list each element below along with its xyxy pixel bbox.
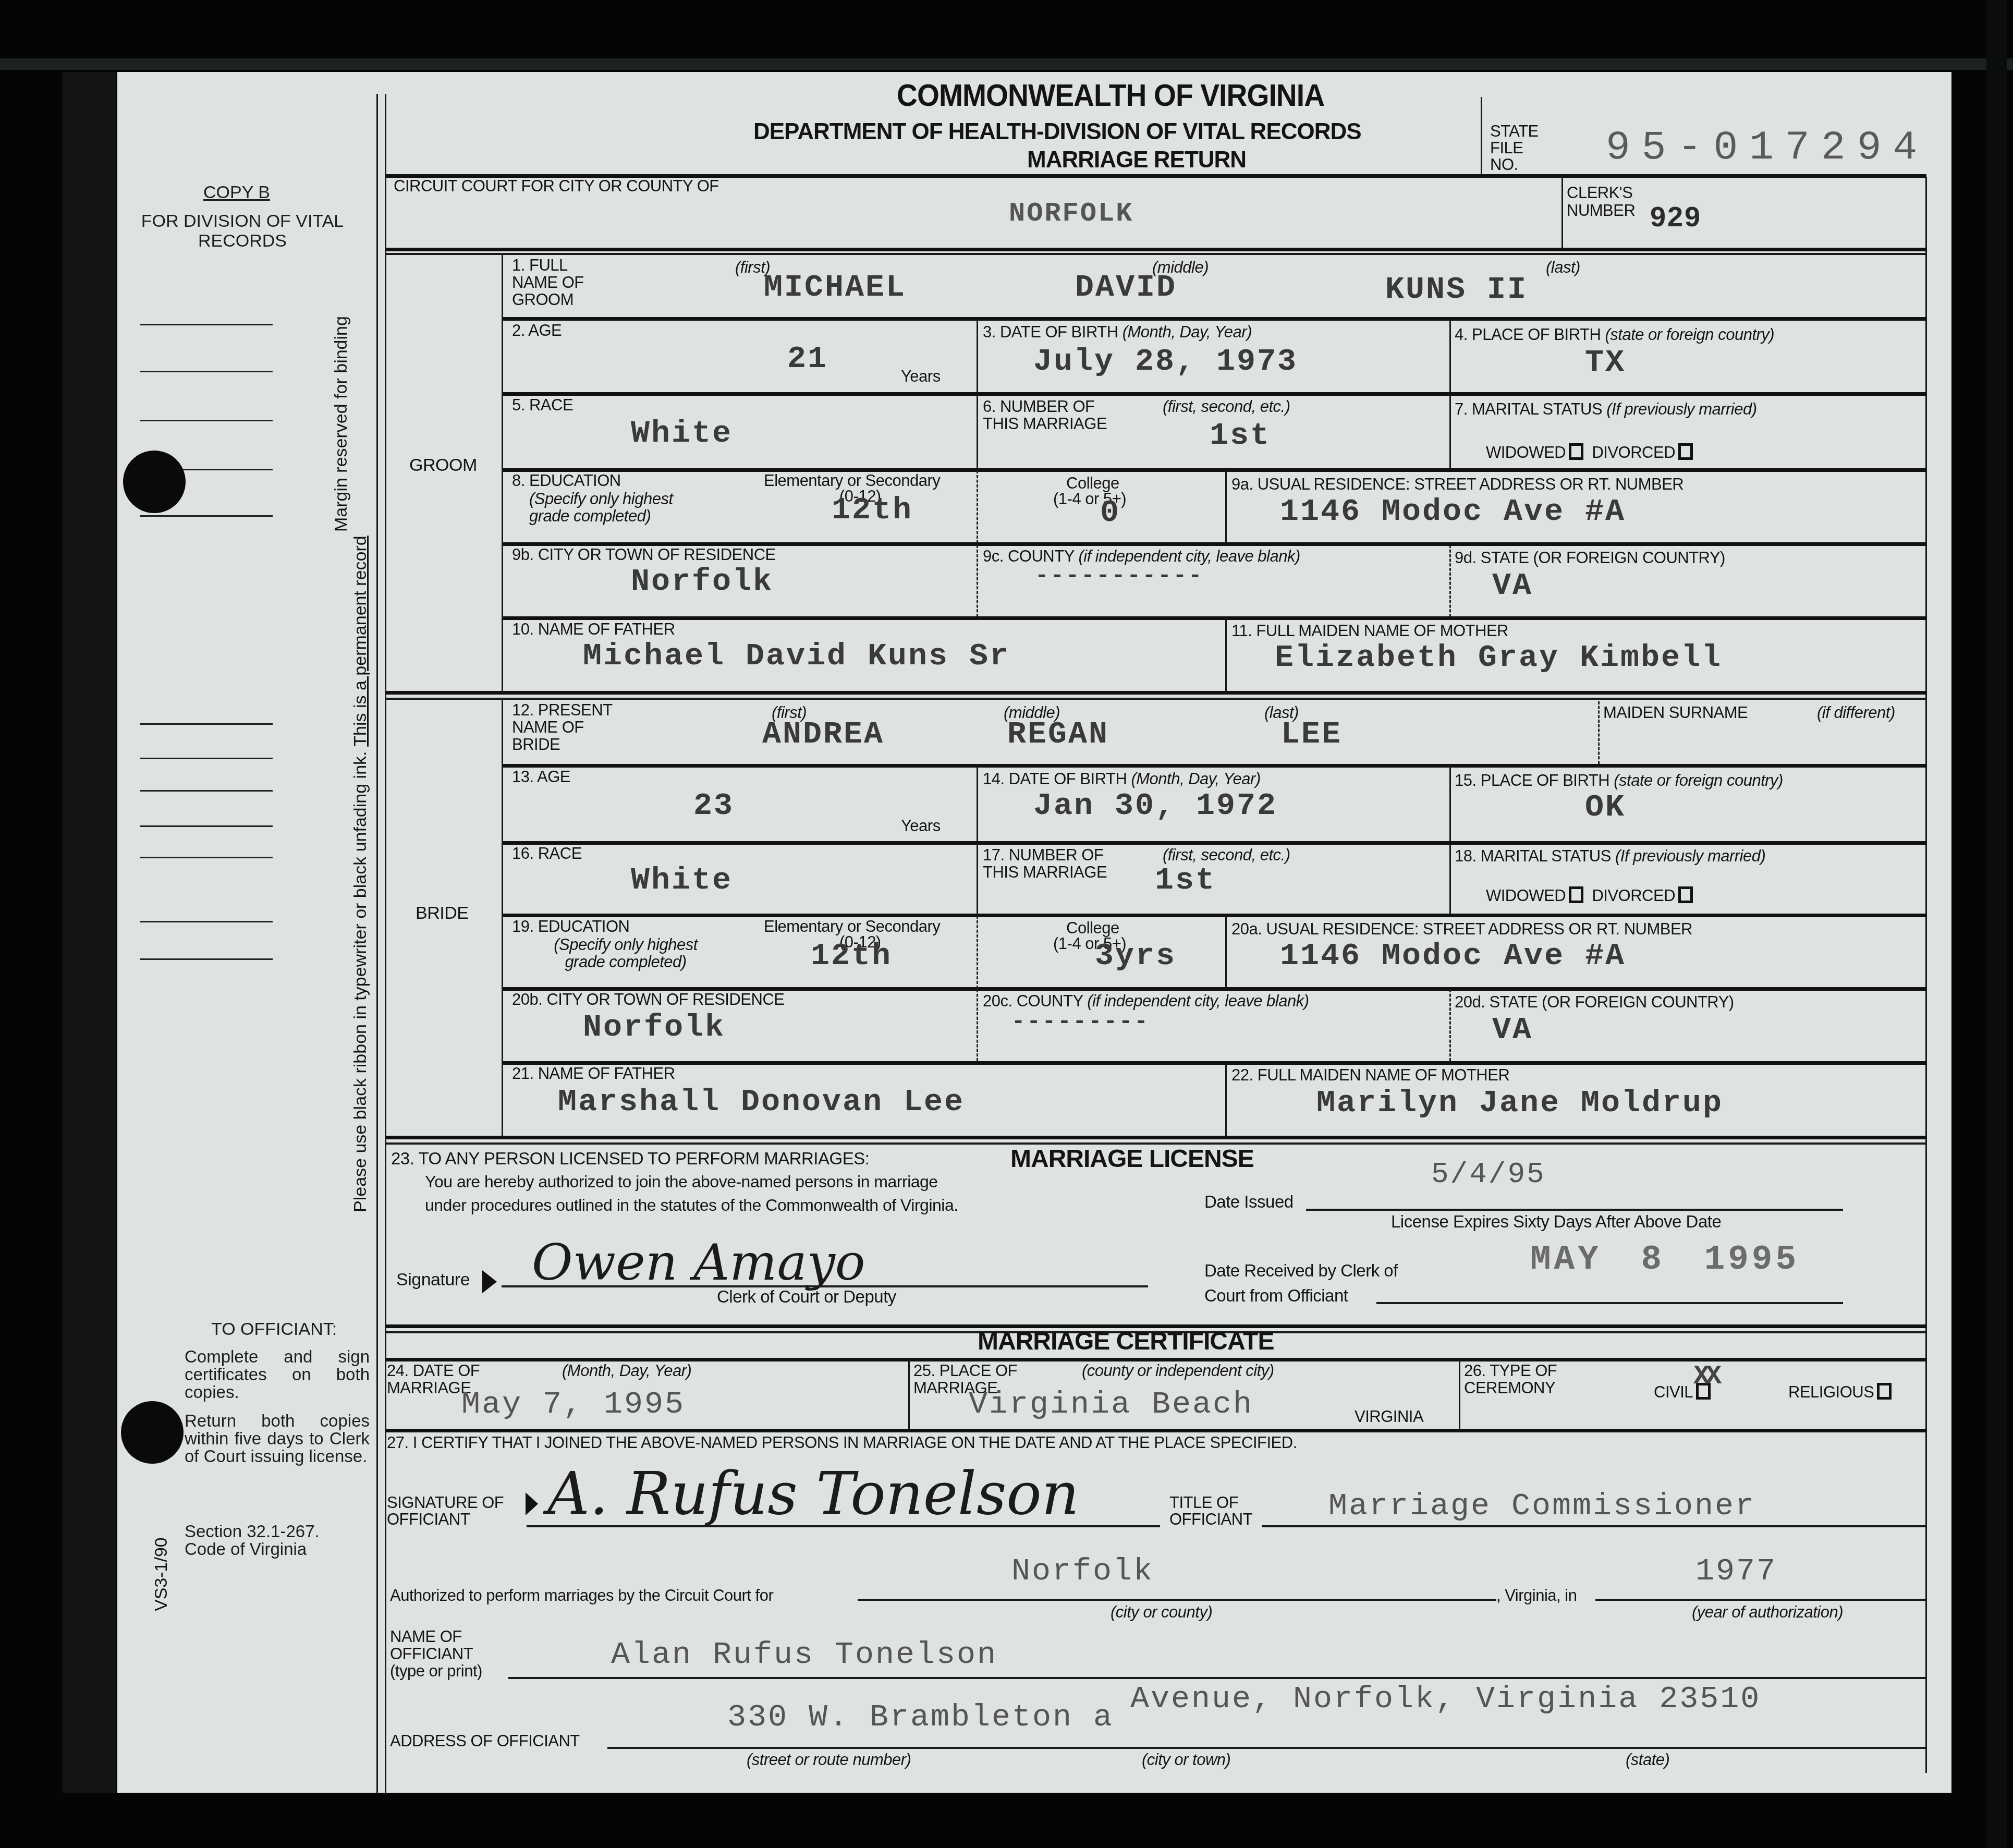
divorced-label: DIVORCED bbox=[1592, 443, 1675, 461]
instruction-return: Return both copies within five days to C… bbox=[185, 1412, 370, 1465]
margin-rule bbox=[140, 723, 273, 725]
officiant-address-line-1[interactable]: 330 W. Brambleton a bbox=[727, 1700, 1114, 1735]
rule bbox=[386, 248, 1926, 251]
field-6-hint: (first, second, etc.) bbox=[1163, 398, 1290, 415]
rule bbox=[503, 841, 1926, 845]
year-hint: (year of authorization) bbox=[1692, 1603, 1843, 1621]
received-label-line-2: Court from Officiant bbox=[1204, 1287, 1348, 1304]
field-20c-label: 20c. COUNTY bbox=[983, 992, 1083, 1010]
years-label: Years bbox=[901, 368, 941, 385]
virginia-label: VIRGINIA bbox=[1355, 1408, 1423, 1425]
hint-last: (last) bbox=[1546, 259, 1580, 276]
officiant-address-line-2[interactable]: Avenue, Norfolk, Virginia 23510 bbox=[1130, 1682, 1761, 1717]
bride-last-name[interactable]: LEE bbox=[1281, 717, 1342, 752]
bride-widowed-checkbox[interactable] bbox=[1569, 886, 1583, 903]
rule bbox=[503, 317, 1926, 321]
year-line bbox=[1595, 1599, 1926, 1601]
field-20c-hint: (if independent city, leave blank) bbox=[1087, 992, 1309, 1010]
authorized-court[interactable]: Norfolk bbox=[1011, 1554, 1154, 1589]
groom-college[interactable]: 0 bbox=[1100, 495, 1120, 531]
groom-widowed-checkbox[interactable] bbox=[1569, 443, 1583, 460]
field-19-label: 19. EDUCATION bbox=[512, 918, 629, 935]
divider bbox=[1225, 470, 1227, 543]
groom-dob[interactable]: July 28, 1973 bbox=[1033, 344, 1298, 380]
bride-elementary[interactable]: 12th bbox=[811, 939, 892, 974]
divider bbox=[1225, 1063, 1227, 1136]
punch-hole bbox=[121, 1401, 184, 1464]
received-line bbox=[1376, 1302, 1843, 1304]
field-8-label: 8. EDUCATION bbox=[512, 472, 621, 489]
margin-rule bbox=[140, 515, 273, 517]
address-line bbox=[607, 1747, 1926, 1749]
to-officiant-heading: TO OFFICIANT: bbox=[211, 1319, 337, 1339]
field-20b-label: 20b. CITY OR TOWN OF RESIDENCE bbox=[512, 991, 784, 1008]
divorced-label: DIVORCED bbox=[1592, 886, 1675, 905]
marriage-date[interactable]: May 7, 1995 bbox=[461, 1387, 685, 1423]
license-title: MARRIAGE LICENSE bbox=[1010, 1145, 1254, 1173]
state-hint: (state) bbox=[1626, 1751, 1669, 1768]
field-20d-label: 20d. STATE (OR FOREIGN COUNTRY) bbox=[1455, 993, 1734, 1011]
rule bbox=[386, 691, 1926, 695]
title-label-line-2: OFFICIANT bbox=[1169, 1511, 1252, 1528]
field-3-hint: (Month, Day, Year) bbox=[1123, 323, 1252, 341]
field-9a-label: 9a. USUAL RESIDENCE: STREET ADDRESS OR R… bbox=[1231, 476, 1683, 493]
field-4-hint: (state or foreign country) bbox=[1605, 325, 1774, 344]
field-10-label: 10. NAME OF FATHER bbox=[512, 621, 675, 638]
bride-section-label: BRIDE bbox=[416, 905, 468, 922]
margin-rule bbox=[140, 371, 273, 372]
city-hint: (city or town) bbox=[1142, 1751, 1230, 1768]
circuit-court-value: NORFOLK bbox=[1009, 198, 1133, 229]
field-4-label: 4. PLACE OF BIRTH bbox=[1455, 325, 1601, 344]
bride-age[interactable]: 23 bbox=[693, 788, 734, 824]
field-7-label: 7. MARITAL STATUS bbox=[1455, 400, 1602, 418]
rule bbox=[503, 392, 1926, 396]
frame-left-outer bbox=[376, 94, 378, 1794]
field-13-label: 13. AGE bbox=[512, 768, 570, 785]
margin-rule bbox=[140, 857, 273, 858]
signature-label-line-2: OFFICIANT bbox=[387, 1511, 470, 1528]
virginia-in-label: , Virginia, in bbox=[1496, 1587, 1577, 1604]
copy-label: COPY B bbox=[203, 183, 270, 202]
permanent-record-note: This is a permanent record bbox=[350, 536, 370, 746]
field-17-label: 17. NUMBER OF THIS MARRIAGE bbox=[983, 846, 1108, 881]
department-heading: DEPARTMENT OF HEALTH-DIVISION OF VITAL R… bbox=[753, 119, 1361, 145]
license-text-line-2: under procedures outlined in the statute… bbox=[425, 1197, 958, 1214]
clerks-number-label: CLERK'S NUMBER bbox=[1567, 184, 1650, 220]
field-18-hint: (If previously married) bbox=[1615, 847, 1765, 865]
field-14-label: 14. DATE OF BIRTH bbox=[983, 770, 1127, 788]
bride-divorced-checkbox[interactable] bbox=[1678, 886, 1693, 903]
margin-rule bbox=[140, 324, 273, 325]
groom-mother-name[interactable]: Elizabeth Gray Kimbell bbox=[1275, 640, 1722, 676]
bride-first-name[interactable]: ANDREA bbox=[762, 717, 884, 752]
groom-state[interactable]: VA bbox=[1492, 568, 1533, 604]
groom-section-label: GROOM bbox=[409, 457, 477, 474]
civil-checkbox[interactable]: XX bbox=[1696, 1383, 1711, 1400]
field-18-label: 18. MARITAL STATUS bbox=[1455, 847, 1611, 865]
title-line bbox=[1262, 1525, 1926, 1527]
officiant-name[interactable]: Alan Rufus Tonelson bbox=[611, 1637, 997, 1673]
field-5-label: 5. RACE bbox=[512, 396, 573, 414]
city-county-hint: (city or county) bbox=[1111, 1603, 1212, 1621]
scanner-edge-right bbox=[1986, 0, 2007, 1848]
title-label-line-1: TITLE OF bbox=[1169, 1494, 1238, 1511]
divider bbox=[1561, 176, 1563, 249]
bride-marriage-number[interactable]: 1st bbox=[1155, 863, 1216, 898]
divider bbox=[1459, 1360, 1460, 1430]
name-label-line-1: NAME OF bbox=[390, 1628, 462, 1645]
certificate-title: MARRIAGE CERTIFICATE bbox=[978, 1327, 1274, 1356]
date-issued-label: Date Issued bbox=[1204, 1193, 1294, 1210]
authorization-year[interactable]: 1977 bbox=[1695, 1554, 1777, 1589]
margin-rule bbox=[140, 758, 273, 759]
clerks-number: 929 bbox=[1650, 201, 1702, 233]
widowed-label: WIDOWED bbox=[1486, 443, 1566, 461]
divider bbox=[977, 989, 978, 1061]
divider bbox=[1225, 618, 1227, 691]
widowed-label: WIDOWED bbox=[1486, 886, 1566, 905]
groom-street[interactable]: 1146 Modoc Ave #A bbox=[1280, 494, 1626, 530]
rule bbox=[386, 253, 1926, 255]
maiden-surname-label: MAIDEN SURNAME bbox=[1603, 704, 1748, 721]
bride-city[interactable]: Norfolk bbox=[583, 1010, 725, 1045]
civil-label: CIVIL bbox=[1654, 1383, 1693, 1401]
field-24-hint: (Month, Day, Year) bbox=[562, 1362, 691, 1379]
groom-first-name[interactable]: MICHAEL bbox=[764, 270, 906, 306]
groom-city[interactable]: Norfolk bbox=[631, 564, 773, 600]
groom-pob[interactable]: TX bbox=[1585, 345, 1626, 381]
officiant-signature[interactable]: A. Rufus Tonelson bbox=[547, 1460, 1079, 1528]
field-20a-label: 20a. USUAL RESIDENCE: STREET ADDRESS OR … bbox=[1231, 920, 1692, 938]
groom-county[interactable]: ----------- bbox=[1035, 563, 1203, 589]
rule bbox=[503, 616, 1926, 620]
margin-rule bbox=[140, 420, 273, 421]
received-date-stamp[interactable]: MAY 8 1995 bbox=[1530, 1240, 1799, 1279]
form-name: MARRIAGE RETURN bbox=[1027, 147, 1246, 173]
field-2-label: 2. AGE bbox=[512, 322, 562, 339]
field-11-label: 11. FULL MAIDEN NAME OF MOTHER bbox=[1231, 622, 1508, 639]
bride-mother-name[interactable]: Marilyn Jane Moldrup bbox=[1316, 1086, 1723, 1121]
field-21-label: 21. NAME OF FATHER bbox=[512, 1065, 675, 1082]
copy-for-label: FOR DIVISION OF VITAL RECORDS bbox=[133, 211, 352, 251]
field-15-hint: (state or foreign country) bbox=[1614, 771, 1783, 789]
field-27-certification: 27. I CERTIFY THAT I JOINED THE ABOVE-NA… bbox=[387, 1434, 1297, 1451]
field-6-label: 6. NUMBER OF THIS MARRIAGE bbox=[983, 398, 1108, 432]
field-9b-label: 9b. CITY OR TOWN OF RESIDENCE bbox=[512, 546, 776, 563]
rule bbox=[386, 1429, 1926, 1432]
rule bbox=[386, 1136, 1926, 1139]
groom-marriage-number[interactable]: 1st bbox=[1210, 418, 1271, 454]
groom-father-name[interactable]: Michael David Kuns Sr bbox=[583, 639, 1010, 674]
divider bbox=[1598, 701, 1600, 764]
civil-check-mark: XX bbox=[1693, 1368, 1717, 1385]
frame-left-inner bbox=[385, 94, 386, 1794]
signature-arrow-icon bbox=[482, 1270, 497, 1293]
state-file-label: STATE FILE NO. bbox=[1490, 123, 1532, 173]
received-label-line-1: Date Received by Clerk of bbox=[1204, 1262, 1398, 1279]
bride-dob[interactable]: Jan 30, 1972 bbox=[1033, 788, 1277, 824]
divider bbox=[977, 545, 978, 617]
divider bbox=[977, 916, 978, 989]
divider bbox=[1449, 989, 1451, 1061]
rule bbox=[503, 764, 1926, 768]
circuit-court-label: CIRCUIT COURT FOR CITY OR COUNTY OF bbox=[394, 177, 719, 194]
religious-label: RELIGIOUS bbox=[1788, 1383, 1874, 1401]
divider bbox=[977, 470, 978, 543]
field-26-label: 26. TYPE OF CEREMONY bbox=[1464, 1362, 1568, 1396]
field-15-label: 15. PLACE OF BIRTH bbox=[1455, 771, 1609, 789]
margin-rule bbox=[140, 958, 273, 960]
maiden-surname-hint: (if different) bbox=[1817, 704, 1895, 721]
bride-pob[interactable]: OK bbox=[1585, 790, 1626, 825]
field-19-hint: (Specify only highest grade completed) bbox=[537, 936, 714, 970]
rule bbox=[503, 914, 1926, 917]
address-label: ADDRESS OF OFFICIANT bbox=[390, 1732, 580, 1749]
clerk-label: Clerk of Court or Deputy bbox=[717, 1288, 896, 1305]
groom-elementary[interactable]: 12th bbox=[832, 493, 913, 528]
rule bbox=[386, 698, 1926, 700]
name-line bbox=[508, 1677, 1926, 1679]
bride-race[interactable]: White bbox=[631, 863, 733, 898]
religious-checkbox[interactable] bbox=[1877, 1383, 1892, 1400]
field-7-hint: (If previously married) bbox=[1606, 400, 1756, 418]
code-section: Section 32.1-267. Code of Virginia bbox=[185, 1523, 357, 1558]
field-3-label: 3. DATE OF BIRTH bbox=[983, 323, 1118, 341]
bride-father-name[interactable]: Marshall Donovan Lee bbox=[558, 1085, 965, 1120]
rule bbox=[503, 468, 1926, 472]
officiant-title[interactable]: Marriage Commissioner bbox=[1328, 1489, 1755, 1524]
bride-middle-name[interactable]: REGAN bbox=[1007, 717, 1109, 752]
divider bbox=[1449, 545, 1451, 617]
date-issued-line bbox=[1306, 1209, 1843, 1211]
bride-county[interactable]: --------- bbox=[1011, 1009, 1150, 1035]
bride-college[interactable]: 3yrs bbox=[1095, 939, 1176, 974]
groom-middle-name[interactable]: DAVID bbox=[1075, 270, 1177, 306]
field-14-hint: (Month, Day, Year) bbox=[1131, 770, 1260, 788]
divider bbox=[908, 1360, 910, 1430]
field-17-hint: (first, second, etc.) bbox=[1163, 846, 1290, 864]
field-9c-label: 9c. COUNTY bbox=[983, 547, 1074, 565]
scanner-edge-top bbox=[0, 58, 2013, 70]
signature-label-line-1: SIGNATURE OF bbox=[387, 1494, 504, 1511]
divider bbox=[1481, 97, 1482, 175]
field-16-label: 16. RACE bbox=[512, 845, 582, 862]
license-text-line-1: You are hereby authorized to join the ab… bbox=[425, 1173, 938, 1190]
divider bbox=[1225, 916, 1227, 989]
street-hint: (street or route number) bbox=[747, 1751, 911, 1768]
ink-note: Please use black ribbon in typewriter or… bbox=[350, 751, 370, 1212]
state-file-number: 95-017294 bbox=[1606, 125, 1929, 171]
punch-hole bbox=[123, 451, 186, 513]
signature-arrow-icon bbox=[526, 1492, 538, 1515]
years-label: Years bbox=[901, 817, 941, 834]
margin-rule bbox=[140, 921, 273, 922]
groom-divorced-checkbox[interactable] bbox=[1678, 443, 1693, 460]
instruction-complete: Complete and sign certificates on both c… bbox=[185, 1348, 370, 1401]
expiry-note: License Expires Sixty Days After Above D… bbox=[1391, 1213, 1721, 1230]
groom-last-name[interactable]: KUNS II bbox=[1385, 272, 1528, 308]
field-8-hint: (Specify only highest grade completed) bbox=[529, 490, 717, 525]
bride-state[interactable]: VA bbox=[1492, 1013, 1533, 1048]
clerk-signature[interactable]: Owen Amayo bbox=[532, 1233, 865, 1292]
groom-age[interactable]: 21 bbox=[787, 342, 828, 377]
signature-label: Signature bbox=[396, 1271, 470, 1288]
groom-race[interactable]: White bbox=[631, 416, 733, 452]
margin-rule bbox=[140, 790, 273, 792]
field-9c-hint: (if independent city, leave blank) bbox=[1078, 547, 1300, 565]
field-23-label: 23. TO ANY PERSON LICENSED TO PERFORM MA… bbox=[391, 1150, 869, 1167]
name-label-line-2: OFFICIANT bbox=[390, 1645, 473, 1662]
bride-street[interactable]: 1146 Modoc Ave #A bbox=[1280, 939, 1626, 974]
binding-strip bbox=[63, 72, 116, 1793]
court-line bbox=[858, 1599, 1496, 1601]
margin-rule bbox=[140, 825, 273, 827]
field-9d-label: 9d. STATE (OR FOREIGN COUNTRY) bbox=[1455, 549, 1725, 566]
date-issued[interactable]: 5/4/95 bbox=[1431, 1158, 1546, 1191]
field-12-label: 12. PRESENT NAME OF BRIDE bbox=[512, 701, 616, 753]
name-label-line-3: (type or print) bbox=[390, 1662, 482, 1680]
rule bbox=[503, 1061, 1926, 1065]
field-22-label: 22. FULL MAIDEN NAME OF MOTHER bbox=[1231, 1066, 1509, 1084]
field-1-label: 1. FULL NAME OF GROOM bbox=[512, 257, 611, 308]
form-title: COMMONWEALTH OF VIRGINIA bbox=[897, 77, 1324, 113]
frame-right bbox=[1925, 177, 1927, 1773]
binding-note: Margin reserved for binding bbox=[330, 316, 352, 688]
field-25-hint: (county or independent city) bbox=[1082, 1362, 1274, 1379]
marriage-place[interactable]: Virginia Beach bbox=[969, 1387, 1253, 1423]
authorized-label: Authorized to perform marriages by the C… bbox=[390, 1587, 773, 1604]
